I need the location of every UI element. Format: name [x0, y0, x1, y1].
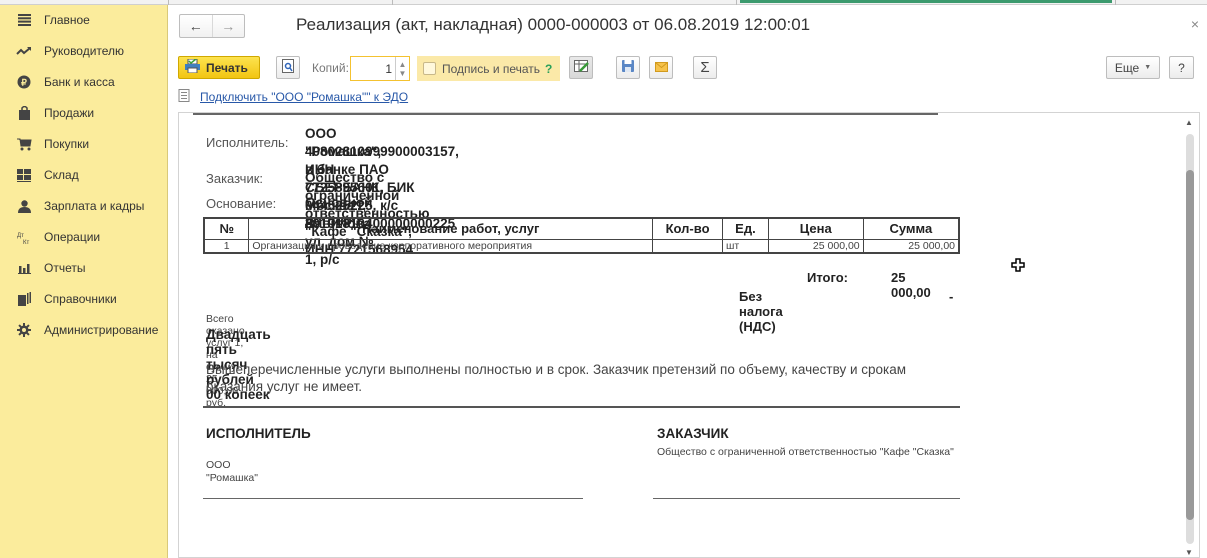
page-preview-icon: [282, 59, 294, 76]
sidebar-item-salary[interactable]: Зарплата и кадры: [0, 191, 168, 221]
shopping-bag-icon: [16, 105, 32, 121]
gear-icon: [16, 322, 32, 338]
scroll-up-icon[interactable]: ▲: [1185, 118, 1193, 127]
executor-signature-line: [203, 498, 583, 499]
sidebar-item-main[interactable]: Главное: [0, 5, 168, 35]
sidebar-item-label: Склад: [44, 168, 79, 182]
navigation-buttons: ← →: [179, 14, 245, 38]
customer-signature-line: [653, 498, 960, 499]
table-row: 1 Организация и проведение корпоративног…: [204, 239, 959, 253]
scroll-thumb[interactable]: [1186, 170, 1194, 520]
move-cursor-icon: [1011, 258, 1025, 277]
print-label: Печать: [206, 61, 248, 75]
save-button[interactable]: [616, 56, 640, 79]
preview-button[interactable]: [276, 56, 300, 79]
email-button[interactable]: [649, 56, 673, 79]
sign-print-label: Подпись и печать: [442, 62, 540, 76]
executor-signature-name: ООО "Ромашка": [206, 459, 258, 485]
edo-document-icon: [178, 89, 190, 105]
sidebar-item-label: Главное: [44, 13, 90, 27]
vertical-scrollbar[interactable]: ▲ ▼: [1181, 113, 1199, 558]
document-top-rule: [193, 113, 938, 115]
sidebar: Главное Руководителю ₽ Банк и касса Прод…: [0, 5, 168, 558]
sidebar-item-label: Отчеты: [44, 261, 85, 275]
svg-text:Кт: Кт: [23, 240, 29, 244]
completion-note: Вышеперечисленные услуги выполнены полно…: [206, 361, 966, 395]
help-label: ?: [1178, 61, 1185, 75]
chevron-down-icon: ▼: [1144, 64, 1151, 71]
col-unit: Ед.: [722, 218, 768, 239]
customer-label: Заказчик:: [206, 171, 263, 186]
warehouse-grid-icon: [16, 167, 32, 183]
sidebar-item-label: Продажи: [44, 106, 94, 120]
copies-input[interactable]: [351, 57, 395, 80]
col-price: Цена: [768, 218, 863, 239]
vat-label: Без налога (НДС): [739, 289, 783, 334]
sidebar-item-directories[interactable]: Справочники: [0, 284, 168, 314]
cell-name: Организация и проведение корпоративного …: [249, 239, 653, 253]
connect-edo-link[interactable]: Подключить "ООО "Ромашка"" к ЭДО: [200, 90, 408, 104]
close-button[interactable]: ×: [1191, 16, 1199, 32]
checkbox[interactable]: [423, 62, 436, 75]
sidebar-item-label: Руководителю: [44, 44, 124, 58]
col-qty: Кол-во: [653, 218, 723, 239]
envelope-icon: [655, 61, 668, 75]
print-button[interactable]: Печать: [178, 56, 260, 79]
vat-value: -: [949, 289, 953, 304]
cell-qty: [653, 239, 723, 253]
col-number: №: [204, 218, 249, 239]
sidebar-item-label: Покупки: [44, 137, 89, 151]
copies-label: Копий:: [312, 61, 349, 75]
sidebar-item-purchases[interactable]: Покупки: [0, 129, 168, 159]
signature-separator: [203, 406, 960, 408]
sidebar-item-label: Администрирование: [44, 323, 158, 337]
sidebar-item-manager[interactable]: Руководителю: [0, 36, 168, 66]
total-value: 25 000,00: [891, 270, 931, 300]
col-name: Наименование работ, услуг: [249, 218, 653, 239]
scroll-down-icon[interactable]: ▼: [1185, 548, 1193, 557]
cell-sum: 25 000,00: [863, 239, 959, 253]
sidebar-item-bank[interactable]: ₽ Банк и касса: [0, 67, 168, 97]
col-sum: Сумма: [863, 218, 959, 239]
spin-up-icon[interactable]: ▲: [399, 60, 407, 69]
spin-down-icon[interactable]: ▼: [399, 69, 407, 78]
sign-and-print-checkbox[interactable]: Подпись и печать ?: [417, 56, 560, 81]
services-table: № Наименование работ, услуг Кол-во Ед. Ц…: [203, 217, 960, 254]
executor-label: Исполнитель:: [206, 135, 288, 150]
table-header-row: № Наименование работ, услуг Кол-во Ед. Ц…: [204, 218, 959, 239]
table-edit-icon: [574, 60, 589, 76]
basis-label: Основание:: [206, 196, 276, 211]
more-label: Еще: [1115, 61, 1139, 75]
cell-price: 25 000,00: [768, 239, 863, 253]
sidebar-item-label: Операции: [44, 230, 100, 244]
sigma-icon: Σ: [700, 59, 709, 76]
sidebar-item-warehouse[interactable]: Склад: [0, 160, 168, 190]
copies-spin[interactable]: ▲▼: [395, 57, 409, 80]
cart-icon: [16, 136, 32, 152]
sidebar-item-label: Зарплата и кадры: [44, 199, 144, 213]
sidebar-item-admin[interactable]: Администрирование: [0, 315, 168, 345]
trend-icon: [16, 43, 32, 59]
cell-unit: шт: [722, 239, 768, 253]
forward-button[interactable]: →: [212, 15, 245, 37]
sidebar-item-operations[interactable]: ДтКт Операции: [0, 222, 168, 252]
floppy-disk-icon: [622, 60, 634, 75]
debit-credit-icon: ДтКт: [16, 229, 32, 245]
ruble-coin-icon: ₽: [16, 74, 32, 90]
sidebar-item-sales[interactable]: Продажи: [0, 98, 168, 128]
cell-number: 1: [204, 239, 249, 253]
edo-row: Подключить "ООО "Ромашка"" к ЭДО: [178, 89, 408, 105]
executor-signature-title: ИСПОЛНИТЕЛЬ: [206, 426, 311, 441]
sidebar-item-reports[interactable]: Отчеты: [0, 253, 168, 283]
sign-help-icon[interactable]: ?: [545, 62, 552, 76]
printer-icon: [185, 59, 200, 76]
menu-icon: [16, 12, 32, 28]
customer-signature-title: ЗАКАЗЧИК: [657, 426, 729, 441]
sidebar-item-label: Справочники: [44, 292, 117, 306]
edit-table-button[interactable]: [569, 56, 593, 79]
copies-stepper[interactable]: ▲▼: [350, 56, 410, 81]
document-preview: Исполнитель: ООО "Ромашка", ИНН 77258956…: [178, 112, 1200, 558]
sidebar-item-label: Банк и касса: [44, 75, 115, 89]
books-icon: [16, 291, 32, 307]
total-label: Итого:: [807, 270, 848, 285]
svg-text:₽: ₽: [21, 78, 27, 88]
active-tab-indicator[interactable]: [740, 0, 1112, 3]
customer-signature-name: Общество с ограниченной ответственностью…: [657, 446, 957, 459]
svg-text:Дт: Дт: [17, 233, 24, 239]
help-button[interactable]: ?: [1169, 56, 1194, 79]
document-window: ← → Реализация (акт, накладная) 0000-000…: [168, 5, 1207, 558]
more-button[interactable]: Еще ▼: [1106, 56, 1160, 79]
person-icon: [16, 198, 32, 214]
sum-button[interactable]: Σ: [693, 56, 717, 79]
back-button[interactable]: ←: [180, 15, 212, 37]
bar-chart-icon: [16, 260, 32, 276]
window-title: Реализация (акт, накладная) 0000-000003 …: [296, 15, 810, 35]
